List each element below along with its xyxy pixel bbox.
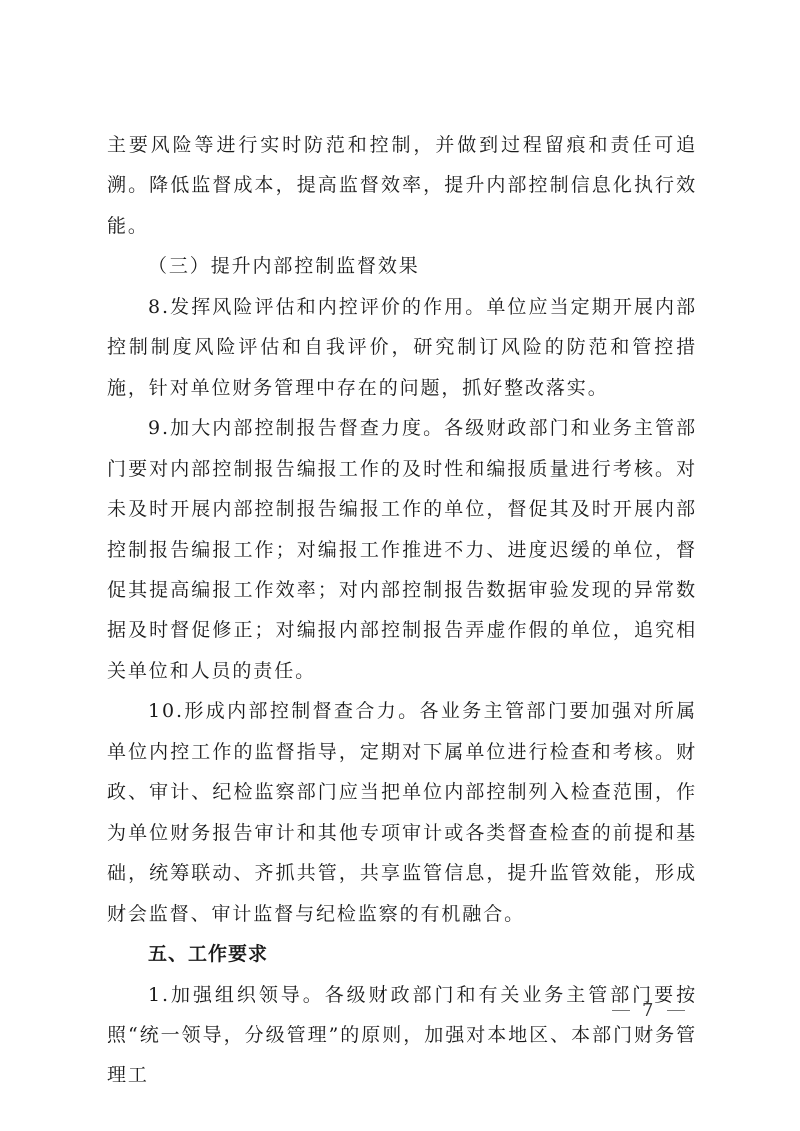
paragraph-item-1: 1.加强组织领导。各级财政部门和有关业务主管部门要按照“统一领导，分级管理”的原…	[107, 975, 697, 1096]
document-body: 主要风险等进行实时防范和控制，并做到过程留痕和责任可追溯。降低监督成本，提高监督…	[107, 125, 697, 1096]
paragraph-continuation: 主要风险等进行实时防范和控制，并做到过程留痕和责任可追溯。降低监督成本，提高监督…	[107, 125, 697, 246]
paragraph-item-8: 8.发挥风险评估和内控评价的作用。单位应当定期开展内部控制制度风险评估和自我评价…	[107, 287, 697, 408]
page-number-dash-right	[667, 1010, 685, 1011]
subheading-improve-supervision: （三）提升内部控制监督效果	[107, 246, 697, 286]
page-number-value: 7	[642, 1000, 655, 1021]
section-heading-work-requirements: 五、工作要求	[107, 934, 697, 974]
page-number: 7	[612, 1000, 685, 1021]
paragraph-item-10: 10.形成内部控制督查合力。各业务主管部门要加强对所属单位内控工作的监督指导，定…	[107, 691, 697, 934]
document-page: 主要风险等进行实时防范和控制，并做到过程留痕和责任可追溯。降低监督成本，提高监督…	[0, 0, 800, 1131]
paragraph-item-9: 9.加大内部控制报告督查力度。各级财政部门和业务主管部门要对内部控制报告编报工作…	[107, 408, 697, 691]
page-number-dash-left	[612, 1010, 630, 1011]
